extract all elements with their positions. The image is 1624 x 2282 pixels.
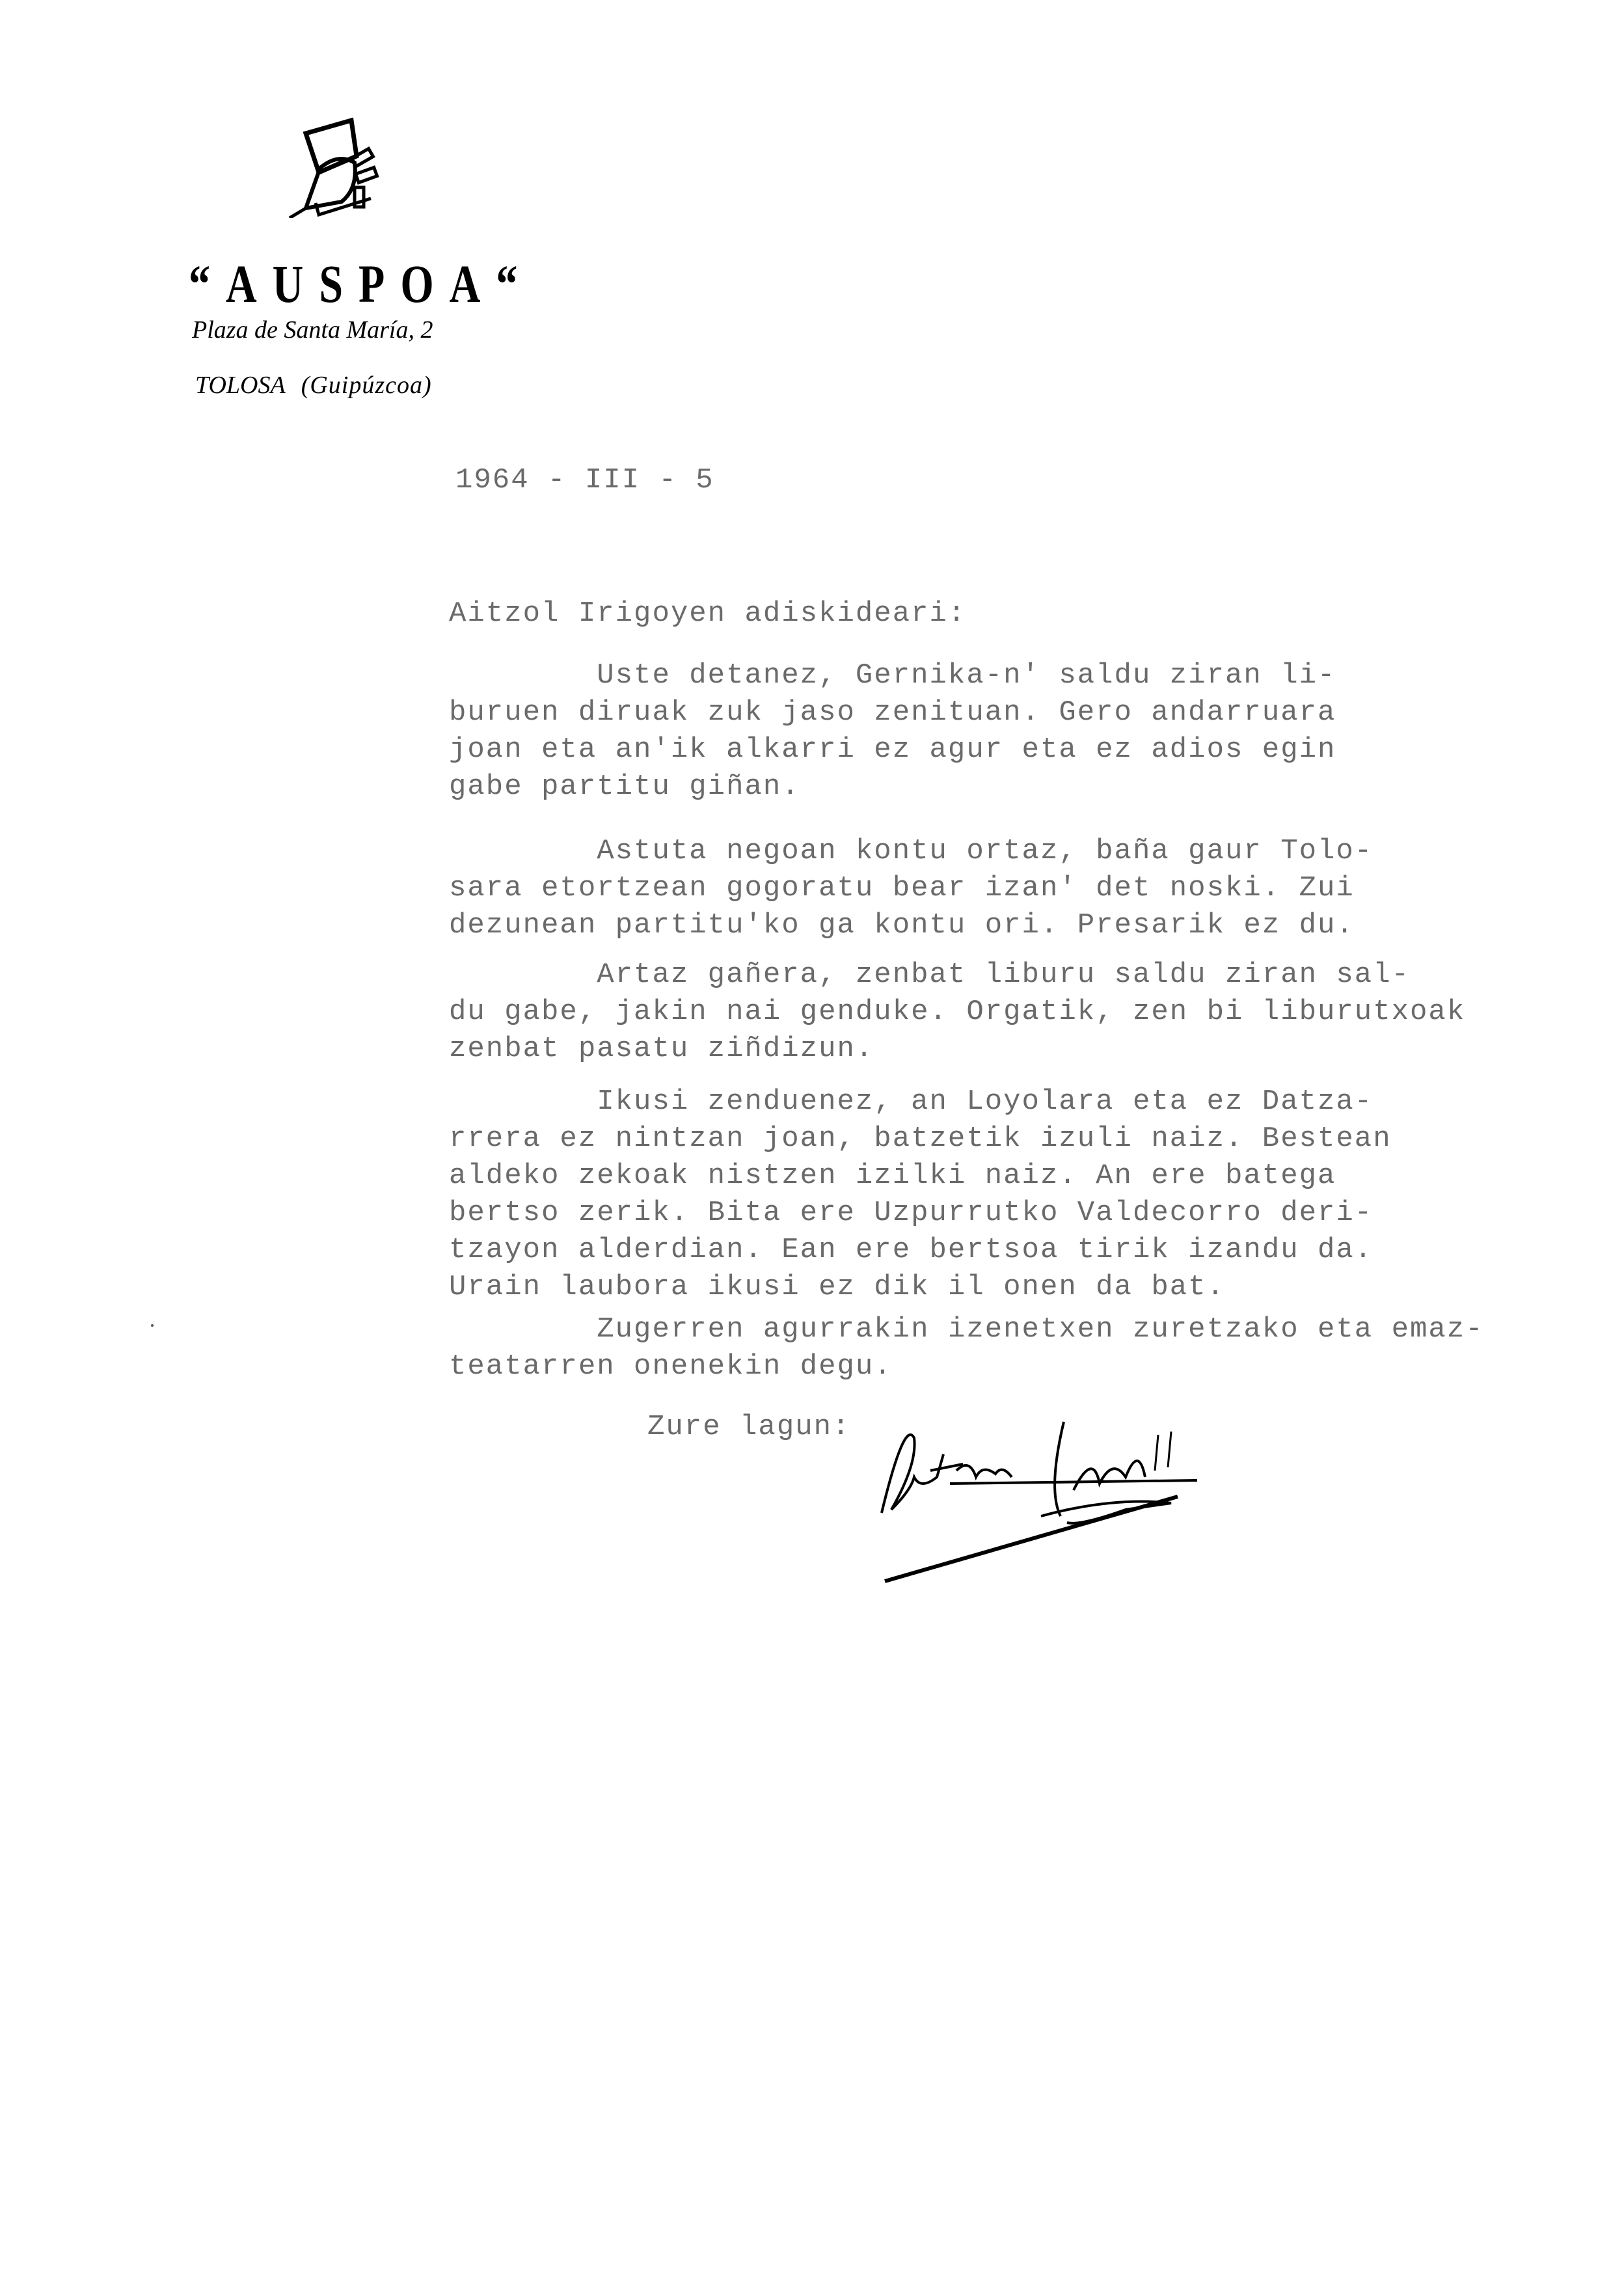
- letter-date: 1964 - III - 5: [455, 462, 714, 499]
- province: (Guipúzcoa): [301, 372, 432, 399]
- paragraph-4: Ikusi zenduenez, an Loyolara eta ez Datz…: [449, 1083, 1477, 1306]
- salutation: Aitzol Irigoyen adiskideari:: [449, 595, 966, 632]
- closing: Zure lagun:: [647, 1409, 850, 1446]
- paragraph-3: Artaz gañera, zenbat liburu saldu ziran …: [449, 957, 1477, 1068]
- paragraph-1: Uste detanez, Gernika-n' saldu ziran li-…: [449, 657, 1477, 806]
- address: Plaza de Santa María, 2: [192, 316, 433, 344]
- city: TOLOSA: [195, 372, 286, 399]
- brand-name: “AUSPOA“: [189, 254, 533, 316]
- paragraph-5: Zugerren agurrakin izenetxen zuretzako e…: [449, 1311, 1477, 1385]
- signature: [865, 1392, 1269, 1607]
- scan-speck: [151, 1324, 154, 1327]
- paragraph-2: Astuta negoan kontu ortaz, baña gaur Tol…: [449, 833, 1477, 944]
- auspoa-book-logo-icon: [280, 117, 384, 218]
- city-line: TOLOSA(Guipúzcoa): [195, 371, 432, 400]
